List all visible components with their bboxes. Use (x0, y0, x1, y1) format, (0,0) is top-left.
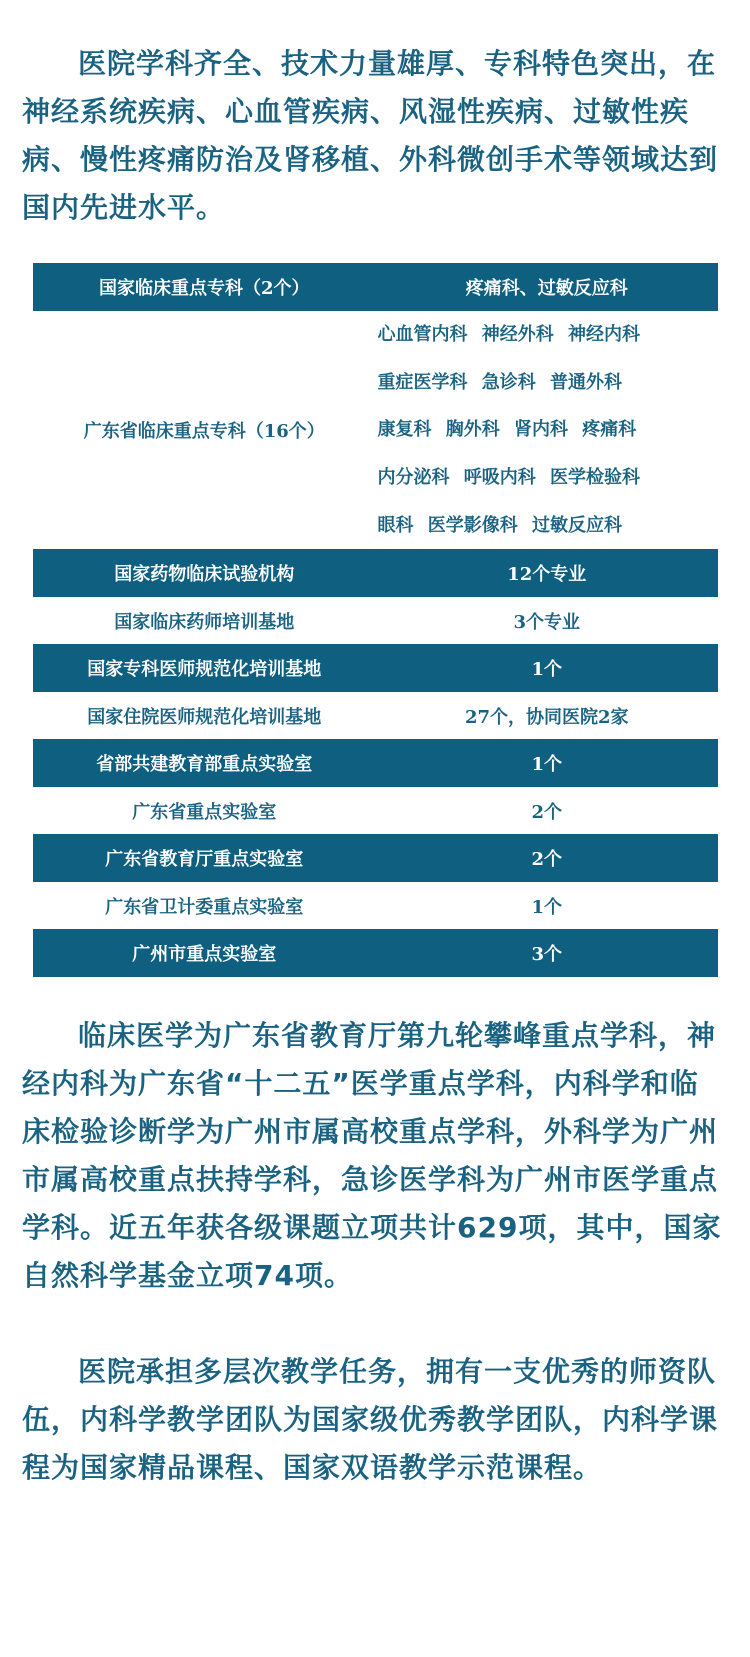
table-row: 国家药物临床试验机构 12个专业 (33, 549, 718, 597)
row-label: 国家专科医师规范化培训基地 (33, 655, 376, 681)
row-label: 广州市重点实验室 (33, 940, 376, 966)
intro-text: 医院学科齐全、技术力量雄厚、专科特色突出，在神经系统疾病、心血管疾病、风湿性疾病… (22, 47, 718, 224)
table-row: 广东省重点实验室 2个 (33, 787, 718, 834)
table-row-national-key: 国家临床重点专科（2个） 疼痛科、过敏反应科 (33, 263, 718, 311)
row-value: 1个 (376, 893, 719, 919)
table-row: 广东省教育厅重点实验室 2个 (33, 834, 718, 882)
specialty-line: 眼科 医学影像科 过敏反应科 (376, 502, 719, 549)
specialty-line: 康复科 胸外科 肾内科 疼痛科 (376, 406, 719, 453)
row-label: 国家临床重点专科（2个） (33, 274, 376, 300)
row-value-list: 心血管内科 神经外科 神经内科 重症医学科 急诊科 普通外科 康复科 胸外科 肾… (376, 311, 719, 549)
row-value: 3个 (376, 940, 719, 966)
row-value: 12个专业 (376, 560, 719, 586)
row-value: 3个专业 (376, 608, 719, 634)
table-row: 国家住院医师规范化培训基地 27个，协同医院2家 (33, 692, 718, 739)
row-value: 2个 (376, 798, 719, 824)
row-label: 国家临床药师培训基地 (33, 608, 376, 634)
row-label: 省部共建教育部重点实验室 (33, 750, 376, 776)
row-value: 1个 (376, 655, 719, 681)
table-row: 国家专科医师规范化培训基地 1个 (33, 644, 718, 692)
table-row: 广州市重点实验室 3个 (33, 929, 718, 977)
intro-paragraph: 医院学科齐全、技术力量雄厚、专科特色突出，在神经系统疾病、心血管疾病、风湿性疾病… (22, 40, 722, 232)
row-value: 1个 (376, 750, 719, 776)
row-label: 广东省卫计委重点实验室 (33, 893, 376, 919)
row-value: 27个，协同医院2家 (376, 703, 719, 729)
specialty-line: 内分泌科 呼吸内科 医学检验科 (376, 454, 719, 501)
specialty-line: 重症医学科 急诊科 普通外科 (376, 359, 719, 406)
row-label: 广东省临床重点专科（16个） (33, 417, 376, 443)
table-row-guangdong-key: 广东省临床重点专科（16个） 心血管内科 神经外科 神经内科 重症医学科 急诊科… (33, 311, 718, 549)
teaching-paragraph: 医院承担多层次教学任务，拥有一支优秀的师资队伍，内科学教学团队为国家级优秀教学团… (22, 1348, 722, 1492)
teaching-text: 医院承担多层次教学任务，拥有一支优秀的师资队伍，内科学教学团队为国家级优秀教学团… (22, 1355, 718, 1484)
table-row: 国家临床药师培训基地 3个专业 (33, 597, 718, 644)
specialty-line: 心血管内科 神经外科 神经内科 (376, 311, 719, 358)
table-row: 省部共建教育部重点实验室 1个 (33, 739, 718, 787)
row-label: 广东省重点实验室 (33, 798, 376, 824)
row-label: 国家药物临床试验机构 (33, 560, 376, 586)
research-text: 临床医学为广东省教育厅第九轮攀峰重点学科，神经内科为广东省“十二五”医学重点学科… (22, 1019, 721, 1292)
row-label: 广东省教育厅重点实验室 (33, 845, 376, 871)
honors-table: 国家临床重点专科（2个） 疼痛科、过敏反应科 广东省临床重点专科（16个） 心血… (33, 263, 718, 977)
row-label: 国家住院医师规范化培训基地 (33, 703, 376, 729)
row-value: 2个 (376, 845, 719, 871)
row-value: 疼痛科、过敏反应科 (376, 274, 719, 300)
table-row: 广东省卫计委重点实验室 1个 (33, 882, 718, 929)
research-paragraph: 临床医学为广东省教育厅第九轮攀峰重点学科，神经内科为广东省“十二五”医学重点学科… (22, 1012, 722, 1300)
